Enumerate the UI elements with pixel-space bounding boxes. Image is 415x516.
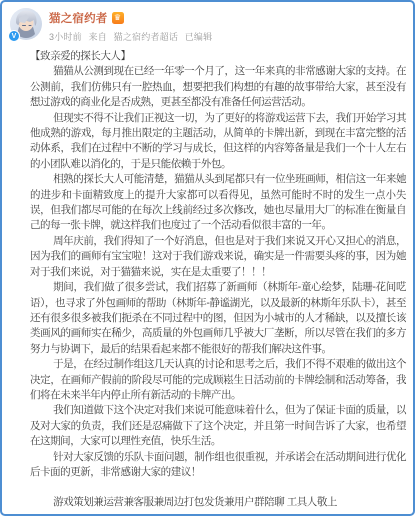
avatar[interactable]: V xyxy=(10,8,42,40)
username-link[interactable]: 猫之宿约者 xyxy=(49,10,108,26)
paragraph: 期间，我们做了很多尝试，我们招募了新画师（林斯年-童心绘梦，陆珊-花间呓语），也… xyxy=(30,280,406,357)
supertopic-link[interactable]: 猫之宿约者超话 xyxy=(114,32,178,42)
paragraph: 周年庆前，我们得知了一个好消息，但也是对于我们来说又开心又担心的消息，因为我们的… xyxy=(30,234,406,280)
post-card: V 猫之宿约者 ♛ 3小时前 来自 猫之宿约者超话 已编辑 【致亲爱的探长大人】… xyxy=(0,0,415,516)
post-meta: 3小时前 来自 猫之宿约者超话 已编辑 xyxy=(49,30,216,43)
paragraph: 针对大家反馈的乐队卡面问题，制作组也很重视，并承诺会在活动期间进行优化后卡面的更… xyxy=(30,450,406,481)
paragraph: 但现实不得不让我们正视这一切，为了更好的将游戏运营下去，我们开始学习其他成熟的游… xyxy=(30,111,406,173)
post-body: 【致亲爱的探长大人】 猫猫从公测到现在已经一年零一个月了，这一年来真的非常感谢大… xyxy=(30,49,406,511)
post-title: 【致亲爱的探长大人】 xyxy=(30,49,406,64)
header-texts: 猫之宿约者 ♛ 3小时前 来自 猫之宿约者超话 已编辑 xyxy=(49,8,216,43)
paragraph: 猫猫从公测到现在已经一年零一个月了，这一年来真的非常感谢大家的支持。在公测前，我… xyxy=(30,64,406,110)
verified-badge-icon: V xyxy=(8,30,20,42)
paragraph: 于是，在经过制作组这几天认真的讨论和思考之后，我们不得不艰难的做出这个决定，在画… xyxy=(30,357,406,403)
timestamp: 3小时前 xyxy=(49,32,82,42)
vip-crown-icon: ♛ xyxy=(112,12,124,24)
paragraph: 相熟的探长大人可能清楚，猫猫从头到尾都只有一位坐班画师，相信这一年来她的进步和卡… xyxy=(30,172,406,234)
paragraph: 我们知道做下这个决定对我们来说可能意味着什么，但为了保证卡面的质量，以及对大家的… xyxy=(30,403,406,449)
post-header: V 猫之宿约者 ♛ 3小时前 来自 猫之宿约者超话 已编辑 xyxy=(2,2,413,43)
from-label: 来自 xyxy=(89,32,107,42)
edited-label: 已编辑 xyxy=(185,32,213,42)
signature-line: 游戏策划兼运营兼客服兼周边打包发货兼用户群陪聊 工具人敬上 xyxy=(30,495,406,510)
